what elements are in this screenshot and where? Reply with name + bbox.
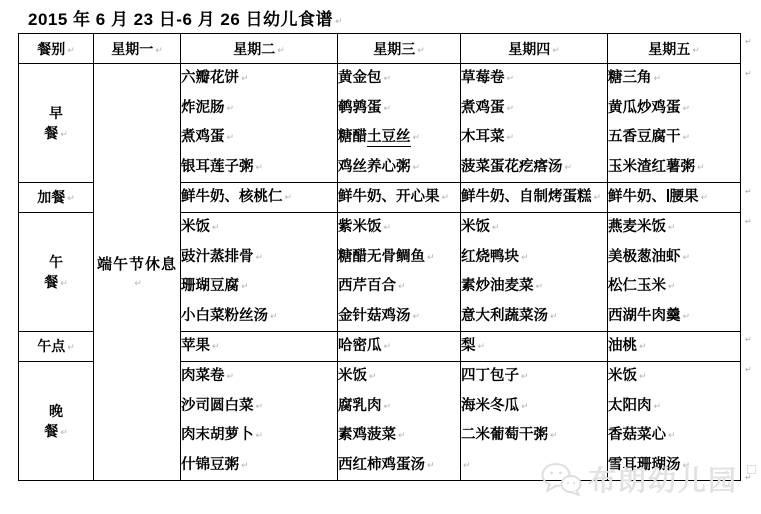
dish: 肉末胡萝卜↵ — [181, 421, 337, 451]
return-mark: ↵ — [227, 103, 235, 113]
menu-cell: 米饭↵豉汁蒸排骨↵珊瑚豆腐↵小白菜粉丝汤↵ — [181, 213, 338, 332]
dish: 黄瓜炒鸡蛋↵ — [608, 94, 740, 124]
dish-text: 糖醋无骨鲷鱼 — [338, 249, 425, 265]
dish-text: 美极葱油虾 — [608, 249, 681, 265]
return-mark: ↵ — [442, 192, 450, 202]
return-mark: ↵ — [369, 371, 377, 381]
return-mark: ↵ — [285, 192, 293, 202]
dish: 糖三角↵ — [608, 64, 740, 94]
return-mark: ↵ — [155, 45, 163, 55]
dish-text: 玉米渣红薯粥 — [608, 159, 695, 175]
dish: 美极葱油虾↵ — [608, 243, 740, 273]
dish-text: 银耳莲子粥 — [181, 159, 254, 175]
dish-text: 米饭 — [338, 368, 367, 384]
dish-text: 太阳肉 — [608, 398, 652, 414]
dish: 素炒油麦菜↵ — [461, 272, 607, 302]
dish-text: 四丁包子 — [461, 368, 519, 384]
document-title: 2015 年 6 月 23 日-6 月 26 日幼儿食谱↵ — [28, 5, 343, 30]
menu-cell: 米饭↵红烧鸭块↵素炒油麦菜↵意大利蔬菜汤↵ — [461, 213, 608, 332]
menu-cell: 油桃↵ — [608, 332, 741, 362]
dish-text-underlined: 土豆丝 — [367, 129, 411, 147]
dish: 二米葡萄干粥↵ — [461, 421, 607, 451]
return-mark: ↵ — [256, 430, 264, 440]
dish: 沙司圆白菜↵ — [181, 392, 337, 422]
monday-note: 端午节休息 — [97, 256, 177, 273]
column-header-label: 星期四 — [508, 41, 550, 57]
return-mark: ↵ — [277, 45, 285, 55]
menu-cell: 鲜牛奶、自制烤蛋糕↵ — [461, 183, 608, 213]
menu-cell: 鲜牛奶、核桃仁↵ — [181, 183, 338, 213]
return-mark: ↵ — [683, 132, 691, 142]
menu-cell: 米饭↵腐乳肉↵素鸡菠菜↵西红柿鸡蛋汤↵ — [338, 362, 461, 481]
menu-cell: 黄金包↵鹌鹑蛋↵糖醋土豆丝↵鸡丝养心粥↵ — [338, 64, 461, 183]
dish-text: 素炒油麦菜 — [461, 278, 534, 294]
dish-text: 腰果 — [670, 189, 699, 205]
dish-text: 炸泥肠 — [181, 100, 225, 116]
dish-text: 鲜牛奶、核桃仁 — [181, 189, 283, 205]
dish: 西芹百合↵ — [338, 272, 460, 302]
meal-label-cell: 加餐↵ — [19, 183, 94, 213]
return-mark: ↵ — [639, 341, 647, 351]
dish: 黄金包↵ — [338, 64, 460, 94]
dish-text: 六瓣花饼 — [181, 70, 239, 86]
return-mark: ↵ — [398, 430, 406, 440]
dish-text: 鸡丝养心粥 — [338, 159, 411, 175]
return-mark: ↵ — [60, 427, 68, 437]
dish: 金针菇鸡汤↵ — [338, 302, 460, 332]
return-mark: ↵ — [384, 103, 392, 113]
return-mark: ↵ — [417, 45, 425, 55]
dish: 煮鸡蛋↵ — [181, 123, 337, 153]
return-mark: ↵ — [521, 252, 529, 262]
return-mark: ↵ — [413, 162, 421, 172]
menu-cell: 紫米饭↵糖醋无骨鲷鱼↵西芹百合↵金针菇鸡汤↵ — [338, 213, 461, 332]
dish: 鲜牛奶、自制烤蛋糕↵ — [461, 183, 607, 212]
dish-text: 海米冬瓜 — [461, 398, 519, 414]
dish: 米饭↵ — [181, 213, 337, 243]
dish: 什锦豆粥↵ — [181, 451, 337, 481]
column-header-5: 星期五↵ — [608, 34, 741, 64]
dish-text: 意大利蔬菜汤 — [461, 308, 548, 324]
dish: 海米冬瓜↵ — [461, 392, 607, 422]
return-mark: ↵ — [212, 341, 220, 351]
dish: 红烧鸭块↵ — [461, 243, 607, 273]
dish: 小白菜粉丝汤↵ — [181, 302, 337, 332]
dish: 木耳菜↵ — [461, 123, 607, 153]
return-mark: ↵ — [692, 45, 700, 55]
menu-cell: 梨↵ — [461, 332, 608, 362]
return-mark: ↵ — [335, 16, 343, 26]
menu-cell: 肉菜卷↵沙司圆白菜↵肉末胡萝卜↵什锦豆粥↵ — [181, 362, 338, 481]
header-row: 餐别↵星期一↵星期二↵星期三↵星期四↵星期五↵ — [19, 34, 741, 64]
dish: 松仁玉米↵ — [608, 272, 740, 302]
dish: 肉菜卷↵ — [181, 362, 337, 392]
return-mark: ↵ — [668, 281, 676, 291]
return-mark: ↵ — [427, 460, 435, 470]
return-mark: ↵ — [654, 401, 662, 411]
dish: 豉汁蒸排骨↵ — [181, 243, 337, 273]
dish-text: 腐乳肉 — [338, 398, 382, 414]
dish: 四丁包子↵ — [461, 362, 607, 392]
row-end-mark: ↵ — [745, 365, 752, 374]
return-mark: ↵ — [427, 252, 435, 262]
return-mark: ↵ — [60, 129, 68, 139]
return-mark: ↵ — [413, 311, 421, 321]
dish: 西红柿鸡蛋汤↵ — [338, 451, 460, 481]
dish-text: 煮鸡蛋 — [181, 129, 225, 145]
row-end-mark: ↵ — [745, 69, 752, 78]
menu-cell: 六瓣花饼↵炸泥肠↵煮鸡蛋↵银耳莲子粥↵ — [181, 64, 338, 183]
dish: 雪耳珊瑚汤↵ — [608, 451, 740, 481]
dish-text: 油桃 — [608, 338, 637, 354]
return-mark: ↵ — [67, 45, 75, 55]
dish: 煮鸡蛋↵ — [461, 94, 607, 124]
row-end-mark: ↵ — [745, 37, 752, 46]
dish-text: 鹌鹑蛋 — [338, 100, 382, 116]
dish: 糖醋无骨鲷鱼↵ — [338, 243, 460, 273]
dish-text: 沙司圆白菜 — [181, 398, 254, 414]
dish-text: 黄金包 — [338, 70, 382, 86]
row-end-mark: ↵ — [745, 473, 752, 482]
menu-cell: 米饭↵太阳肉↵香菇菜心↵雪耳珊瑚汤↵ — [608, 362, 741, 481]
dish: 糖醋土豆丝↵ — [338, 123, 460, 153]
dish: 梨↵ — [461, 332, 607, 361]
dish-text: 肉菜卷 — [181, 368, 225, 384]
menu-table: 餐别↵星期一↵星期二↵星期三↵星期四↵星期五↵ 早 餐↵端午节休息↵六瓣花饼↵炸… — [18, 33, 741, 481]
dish-text: 西芹百合 — [338, 278, 396, 294]
return-mark: ↵ — [683, 252, 691, 262]
column-header-label: 星期一 — [111, 41, 153, 57]
dish-text: 西湖牛肉羹 — [608, 308, 681, 324]
return-mark: ↵ — [227, 132, 235, 142]
meal-label-cell: 晚 餐↵ — [19, 362, 94, 481]
dish: 苹果↵ — [181, 332, 337, 361]
dish-text: 鲜牛奶、 — [608, 189, 666, 205]
menu-cell: 苹果↵ — [181, 332, 338, 362]
dish-text: 五香豆腐干 — [608, 129, 681, 145]
return-mark: ↵ — [134, 278, 142, 288]
menu-table-body: 早 餐↵端午节休息↵六瓣花饼↵炸泥肠↵煮鸡蛋↵银耳莲子粥↵黄金包↵鹌鹑蛋↵糖醋土… — [19, 64, 741, 481]
text-cursor — [667, 189, 669, 202]
dish: 鲜牛奶、开心果↵ — [338, 183, 460, 212]
dish-text: 小白菜粉丝汤 — [181, 308, 268, 324]
return-mark: ↵ — [697, 162, 705, 172]
return-mark: ↵ — [463, 460, 471, 470]
dish: 菠菜蛋花疙瘩汤↵ — [461, 153, 607, 183]
return-mark: ↵ — [212, 222, 220, 232]
dish-text: 糖三角 — [608, 70, 652, 86]
dish: 银耳莲子粥↵ — [181, 153, 337, 183]
return-mark: ↵ — [507, 73, 515, 83]
return-mark: ↵ — [241, 73, 249, 83]
dish-text: 黄瓜炒鸡蛋 — [608, 100, 681, 116]
return-mark: ↵ — [683, 103, 691, 113]
dish-text: 煮鸡蛋 — [461, 100, 505, 116]
row-end-mark: ↵ — [745, 187, 752, 196]
row-end-mark: ↵ — [745, 217, 752, 226]
return-mark: ↵ — [384, 222, 392, 232]
dish: 五香豆腐干↵ — [608, 123, 740, 153]
dish: 太阳肉↵ — [608, 392, 740, 422]
dish: 油桃↵ — [608, 332, 740, 361]
column-header-2: 星期二↵ — [181, 34, 338, 64]
dish: 草莓卷↵ — [461, 64, 607, 94]
dish-text: 米饭 — [181, 219, 210, 235]
return-mark: ↵ — [67, 193, 75, 203]
dish-text: 鲜牛奶、开心果 — [338, 189, 440, 205]
return-mark: ↵ — [384, 401, 392, 411]
dish: 香菇菜心↵ — [608, 421, 740, 451]
return-mark: ↵ — [683, 460, 691, 470]
return-mark: ↵ — [639, 371, 647, 381]
dish-text: 西红柿鸡蛋汤 — [338, 457, 425, 473]
return-mark: ↵ — [565, 162, 573, 172]
dish-text: 红烧鸭块 — [461, 249, 519, 265]
column-header-label: 星期五 — [648, 41, 690, 57]
column-header-label: 星期二 — [233, 41, 275, 57]
dish-text: 米饭 — [608, 368, 637, 384]
return-mark: ↵ — [256, 162, 264, 172]
dish: 米饭↵ — [461, 213, 607, 243]
document-page: 2015 年 6 月 23 日-6 月 26 日幼儿食谱↵ 餐别↵星期一↵星期二… — [0, 0, 761, 514]
dish-text: 雪耳珊瑚汤 — [608, 457, 681, 473]
column-header-0: 餐别↵ — [19, 34, 94, 64]
column-header-3: 星期三↵ — [338, 34, 461, 64]
menu-cell: 燕麦米饭↵美极葱油虾↵松仁玉米↵西湖牛肉羹↵ — [608, 213, 741, 332]
dish: 紫米饭↵ — [338, 213, 460, 243]
menu-cell: 草莓卷↵煮鸡蛋↵木耳菜↵菠菜蛋花疙瘩汤↵ — [461, 64, 608, 183]
return-mark: ↵ — [507, 103, 515, 113]
dish-text: 木耳菜 — [461, 129, 505, 145]
return-mark: ↵ — [241, 281, 249, 291]
meal-label-cell: 午 餐↵ — [19, 213, 94, 332]
dish-text: 菠菜蛋花疙瘩汤 — [461, 159, 563, 175]
dish: ↵ — [461, 451, 607, 481]
dish-text: 什锦豆粥 — [181, 457, 239, 473]
column-header-label: 餐别 — [37, 41, 65, 57]
dish: 鲜牛奶、核桃仁↵ — [181, 183, 337, 212]
return-mark: ↵ — [227, 371, 235, 381]
dish: 米饭↵ — [608, 362, 740, 392]
dish-text: 香菇菜心 — [608, 427, 666, 443]
return-mark: ↵ — [552, 45, 560, 55]
return-mark: ↵ — [536, 281, 544, 291]
column-header-label: 星期三 — [373, 41, 415, 57]
dish-text: 豉汁蒸排骨 — [181, 249, 254, 265]
dish-text: 燕麦米饭 — [608, 219, 666, 235]
row-end-mark: ↵ — [745, 335, 752, 344]
meal-label: 加餐 — [37, 189, 65, 205]
dish: 炸泥肠↵ — [181, 94, 337, 124]
return-mark: ↵ — [413, 132, 421, 142]
return-mark: ↵ — [241, 460, 249, 470]
dish-text: 梨 — [461, 338, 476, 354]
menu-cell: 哈密瓜↵ — [338, 332, 461, 362]
menu-cell: 四丁包子↵海米冬瓜↵二米葡萄干粥↵↵ — [461, 362, 608, 481]
return-mark: ↵ — [507, 132, 515, 142]
menu-cell: 鲜牛奶、腰果↵ — [608, 183, 741, 213]
dish-text: 肉末胡萝卜 — [181, 427, 254, 443]
return-mark: ↵ — [550, 430, 558, 440]
dish: 六瓣花饼↵ — [181, 64, 337, 94]
meal-row-0: 早 餐↵端午节休息↵六瓣花饼↵炸泥肠↵煮鸡蛋↵银耳莲子粥↵黄金包↵鹌鹑蛋↵糖醋土… — [19, 64, 741, 183]
return-mark: ↵ — [270, 311, 278, 321]
dish-text: 鲜牛奶、自制烤蛋糕 — [461, 189, 592, 205]
meal-label-cell: 午点↵ — [19, 332, 94, 362]
monday-note-cell: 端午节休息↵ — [94, 64, 181, 481]
dish: 珊瑚豆腐↵ — [181, 272, 337, 302]
return-mark: ↵ — [668, 430, 676, 440]
menu-table-head: 餐别↵星期一↵星期二↵星期三↵星期四↵星期五↵ — [19, 34, 741, 64]
dish: 鹌鹑蛋↵ — [338, 94, 460, 124]
return-mark: ↵ — [67, 342, 75, 352]
dish-text: 金针菇鸡汤 — [338, 308, 411, 324]
return-mark: ↵ — [594, 192, 602, 202]
return-mark: ↵ — [256, 252, 264, 262]
dish-text: 二米葡萄干粥 — [461, 427, 548, 443]
return-mark: ↵ — [521, 371, 529, 381]
dish-text: 哈密瓜 — [338, 338, 382, 354]
meal-label-cell: 早 餐↵ — [19, 64, 94, 183]
dish-text: 珊瑚豆腐 — [181, 278, 239, 294]
column-header-1: 星期一↵ — [94, 34, 181, 64]
return-mark: ↵ — [256, 401, 264, 411]
return-mark: ↵ — [398, 281, 406, 291]
return-mark: ↵ — [550, 311, 558, 321]
column-header-4: 星期四↵ — [461, 34, 608, 64]
dish-text: 紫米饭 — [338, 219, 382, 235]
dish: 意大利蔬菜汤↵ — [461, 302, 607, 332]
dish: 鲜牛奶、腰果↵ — [608, 183, 740, 212]
dish: 腐乳肉↵ — [338, 392, 460, 422]
return-mark: ↵ — [668, 222, 676, 232]
return-mark: ↵ — [478, 341, 486, 351]
dish: 玉米渣红薯粥↵ — [608, 153, 740, 183]
return-mark: ↵ — [683, 311, 691, 321]
menu-cell: 鲜牛奶、开心果↵ — [338, 183, 461, 213]
dish: 素鸡菠菜↵ — [338, 421, 460, 451]
return-mark: ↵ — [654, 73, 662, 83]
dish-text: 草莓卷 — [461, 70, 505, 86]
dish: 米饭↵ — [338, 362, 460, 392]
dish-text: 米饭 — [461, 219, 490, 235]
return-mark: ↵ — [384, 341, 392, 351]
dish: 燕麦米饭↵ — [608, 213, 740, 243]
return-mark: ↵ — [384, 73, 392, 83]
dish: 鸡丝养心粥↵ — [338, 153, 460, 183]
return-mark: ↵ — [521, 401, 529, 411]
dish-text: 松仁玉米 — [608, 278, 666, 294]
dish: 哈密瓜↵ — [338, 332, 460, 361]
menu-cell: 糖三角↵黄瓜炒鸡蛋↵五香豆腐干↵玉米渣红薯粥↵ — [608, 64, 741, 183]
dish-text: 素鸡菠菜 — [338, 427, 396, 443]
dish-text: 糖醋 — [338, 129, 367, 145]
meal-label: 午点 — [37, 338, 65, 354]
document-title-text: 2015 年 6 月 23 日-6 月 26 日幼儿食谱 — [28, 10, 333, 29]
dish: 西湖牛肉羹↵ — [608, 302, 740, 332]
return-mark: ↵ — [492, 222, 500, 232]
dish-text: 苹果 — [181, 338, 210, 354]
return-mark: ↵ — [60, 278, 68, 288]
return-mark: ↵ — [701, 192, 709, 202]
